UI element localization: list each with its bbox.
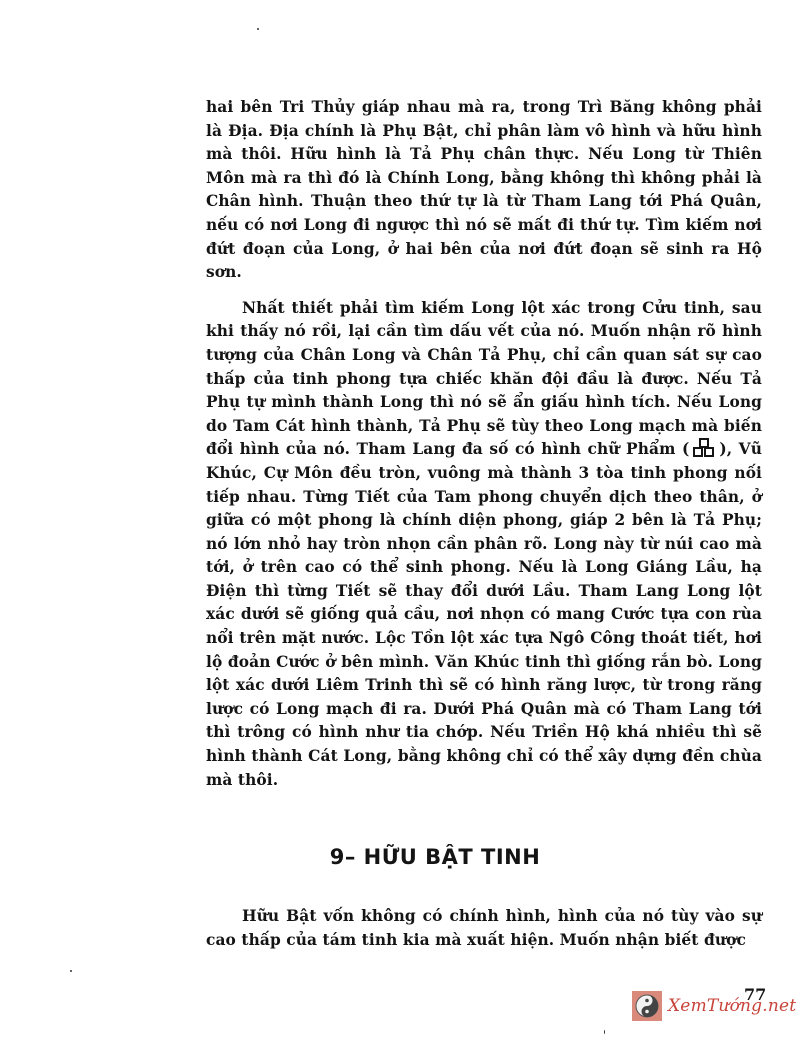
watermark-logo <box>632 991 662 1021</box>
watermark: XemTướng.net <box>632 988 796 1024</box>
yin-yang-icon <box>635 994 659 1018</box>
paragraph-3: Hữu Bật vốn không có chính hình, hình củ… <box>206 905 762 952</box>
scanned-book-page: hai bên Tri Thủy giáp nhau mà ra, trong … <box>0 0 800 1042</box>
pham-character-glyph <box>693 438 715 456</box>
section-heading: 9– HỮU BẬT TINH <box>0 845 800 869</box>
watermark-text: XemTướng.net <box>668 996 796 1016</box>
text-block-before-heading: hai bên Tri Thủy giáp nhau mà ra, trong … <box>206 96 762 792</box>
paragraph-2: Nhất thiết phải tìm kiếm Long lột xác tr… <box>206 297 762 792</box>
scan-speck <box>257 28 259 30</box>
paragraph-2-part-2: ), Vũ Khúc, Cự Môn đều tròn, vuông mà th… <box>206 440 762 788</box>
paragraph-2-part-1: Nhất thiết phải tìm kiếm Long lột xác tr… <box>206 299 762 459</box>
paragraph-1: hai bên Tri Thủy giáp nhau mà ra, trong … <box>206 96 762 285</box>
text-block-after-heading: Hữu Bật vốn không có chính hình, hình củ… <box>206 905 762 952</box>
scan-speck <box>70 970 72 972</box>
scan-speck <box>604 1030 605 1034</box>
